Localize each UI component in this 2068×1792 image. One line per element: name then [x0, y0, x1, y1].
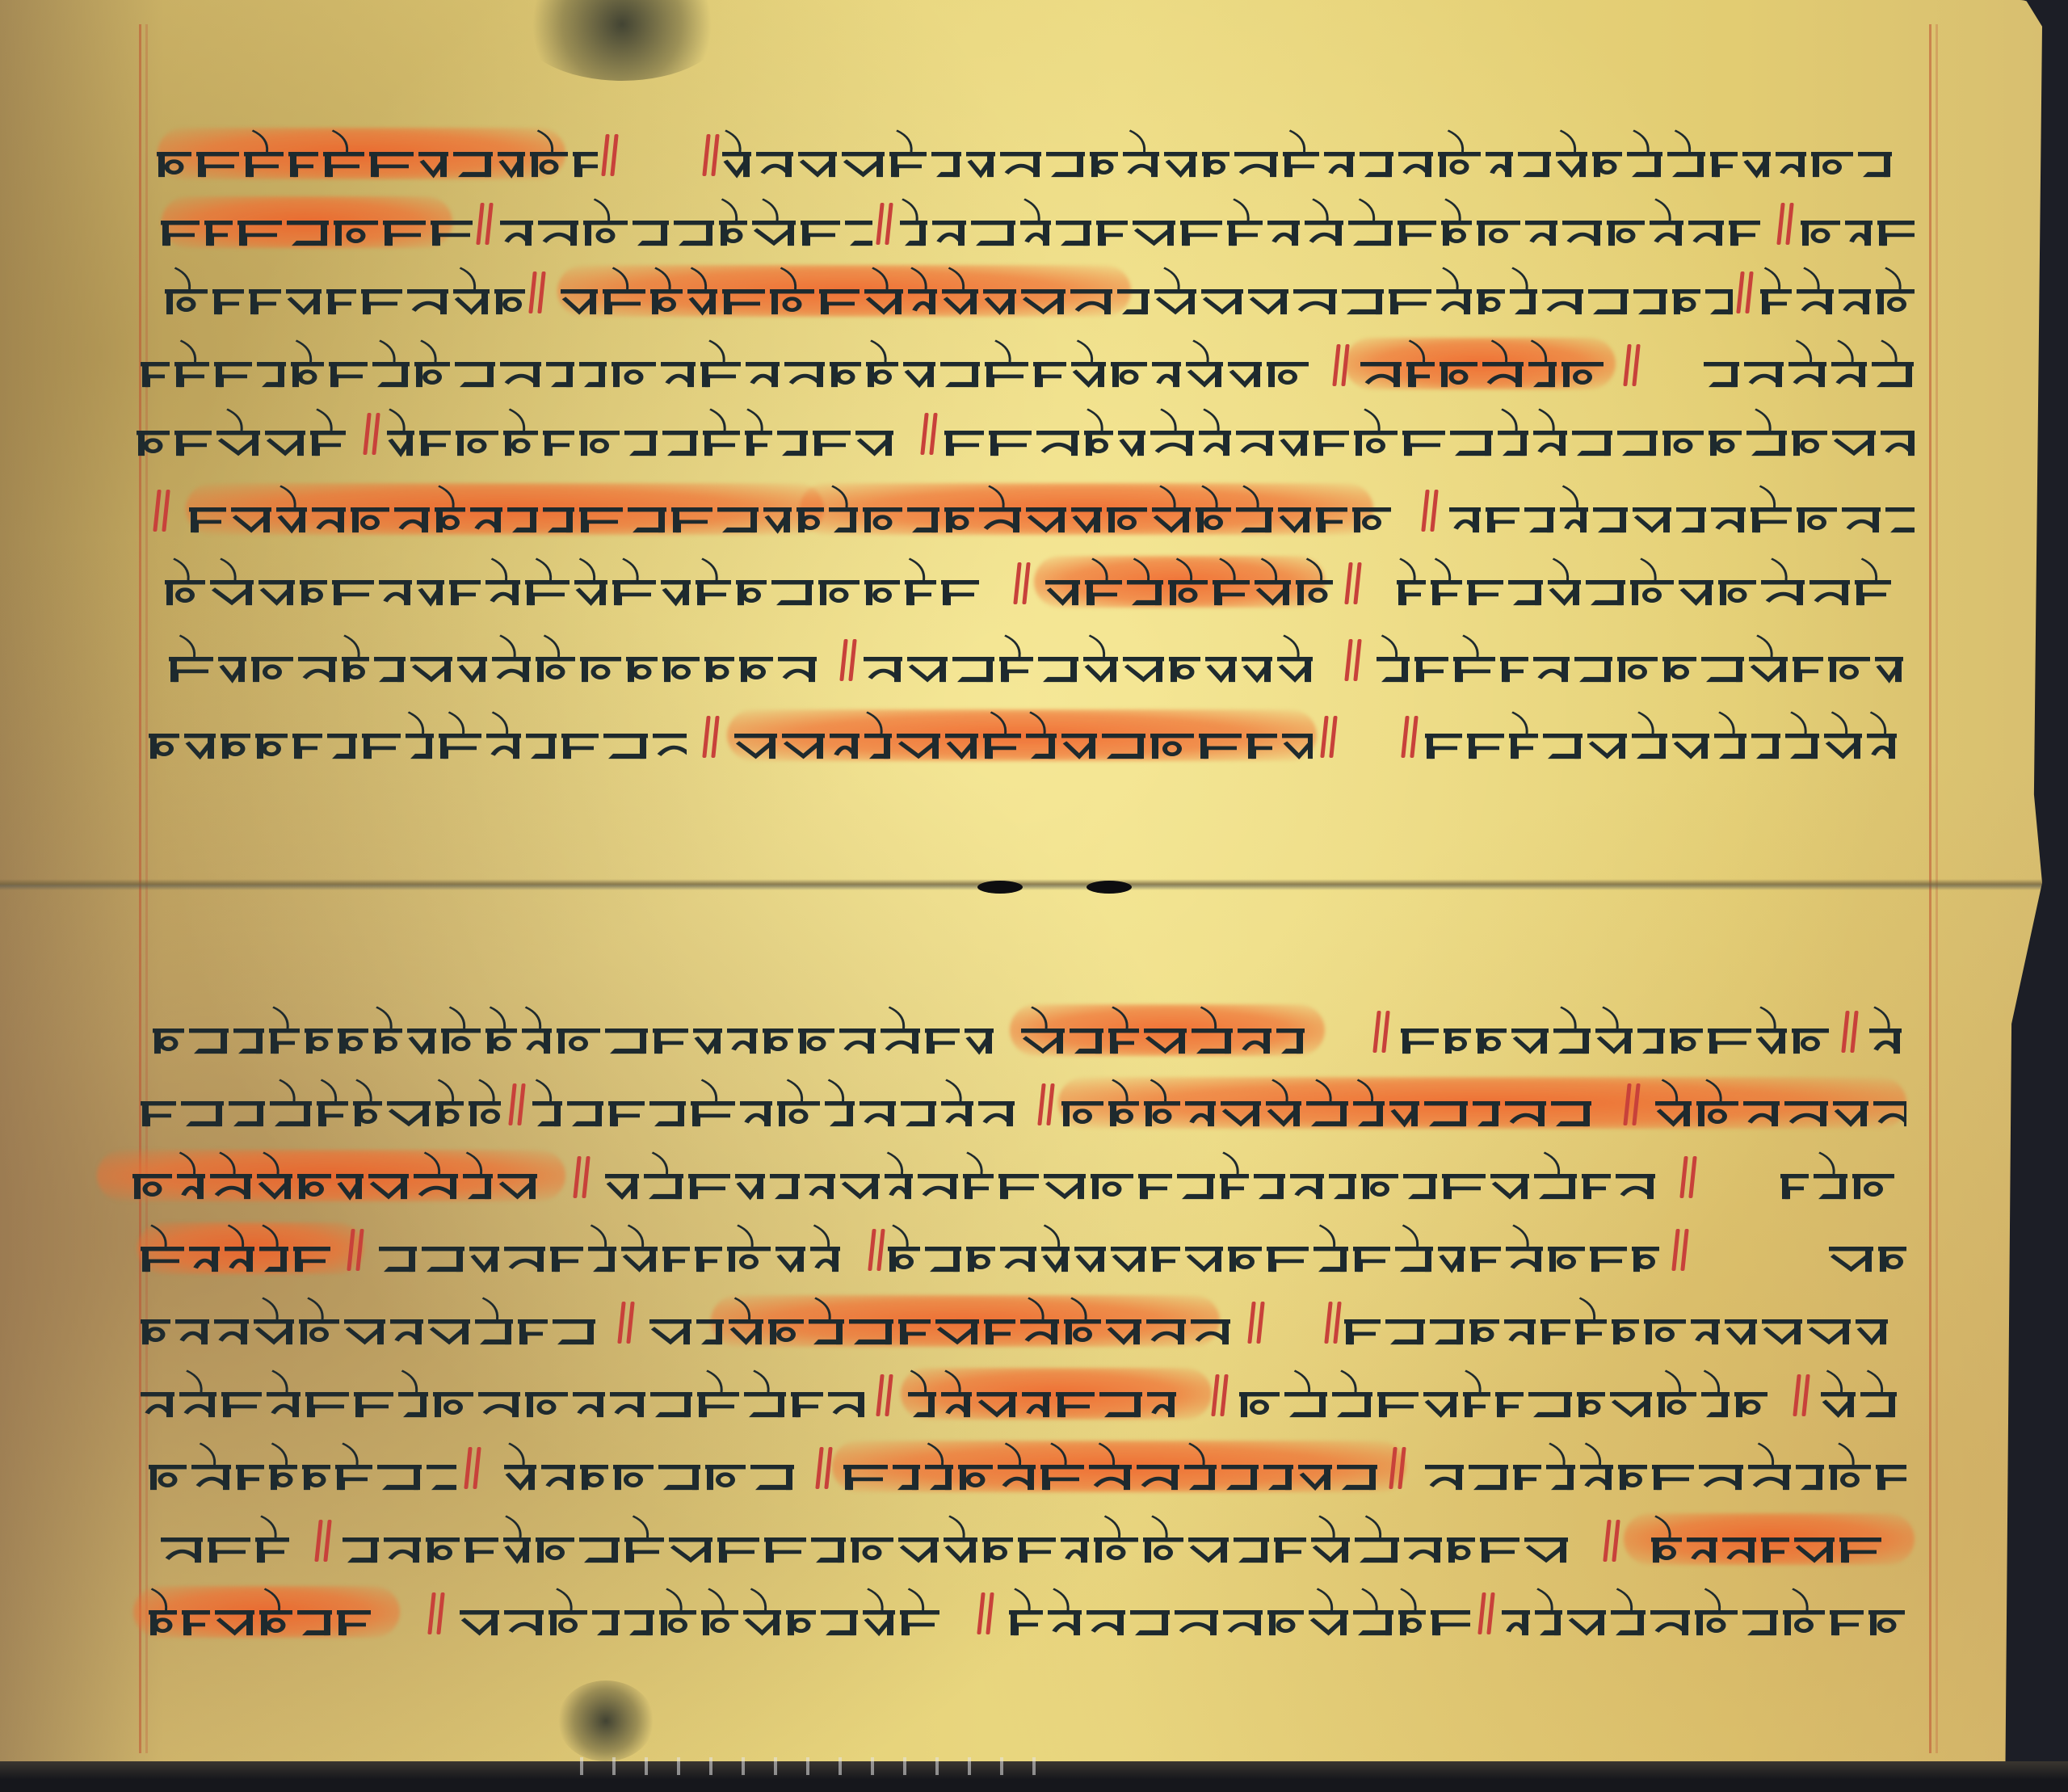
script-glyph-run [137, 339, 1329, 396]
top-line-9 [0, 711, 2042, 768]
script-glyph-run [529, 1079, 1030, 1135]
double-danda-mark [703, 716, 721, 761]
script-glyph-run [339, 1515, 1591, 1571]
top-line-5 [0, 408, 2042, 465]
script-glyph-run [186, 485, 1406, 541]
double-danda-mark [347, 1229, 365, 1274]
script-glyph-run [384, 408, 917, 465]
double-danda-mark [477, 203, 494, 248]
double-danda-mark [428, 1592, 446, 1638]
script-glyph-run [1777, 1151, 1906, 1208]
script-glyph-run [1826, 1224, 1906, 1281]
bottom-line-7 [0, 1442, 2042, 1499]
script-glyph-run [497, 198, 872, 254]
double-danda-mark [876, 1374, 894, 1420]
double-danda-mark [1680, 1156, 1698, 1201]
double-danda-mark [1345, 562, 1363, 608]
script-glyph-run [1700, 339, 1915, 396]
bottom-line-9 [0, 1588, 2042, 1644]
script-glyph-run [1498, 1588, 1906, 1644]
bottom-line-1 [0, 1006, 2042, 1062]
script-glyph-run [1393, 557, 1915, 614]
script-glyph-run [1422, 1442, 1906, 1499]
double-danda-mark [1248, 1302, 1266, 1347]
script-glyph-run [145, 1588, 388, 1644]
bottom-line-8 [0, 1515, 2042, 1571]
double-danda-mark [1212, 1374, 1229, 1420]
double-danda-mark [315, 1520, 333, 1565]
script-glyph-run [646, 1297, 1240, 1353]
script-glyph-run [1866, 1006, 1906, 1062]
script-glyph-run [456, 1588, 965, 1644]
double-danda-mark [1325, 1302, 1343, 1347]
script-glyph-run [149, 1006, 994, 1062]
script-glyph-run [941, 408, 1915, 465]
script-glyph-run [1042, 557, 1333, 614]
double-danda-mark [868, 1229, 886, 1274]
double-danda-mark [1345, 639, 1363, 684]
double-danda-mark [1624, 1083, 1641, 1129]
script-glyph-run [1652, 1079, 1906, 1135]
double-danda-mark [574, 1156, 591, 1201]
top-line-8 [0, 634, 2042, 691]
script-glyph-run [1341, 1297, 1906, 1353]
double-danda-mark [703, 134, 721, 179]
script-glyph-run [1422, 711, 1915, 768]
double-danda-mark [1373, 1011, 1391, 1056]
script-glyph-run [145, 1442, 456, 1499]
script-glyph-run [719, 129, 1915, 186]
script-glyph-run [1373, 634, 1915, 691]
top-line-6 [0, 485, 2042, 541]
script-glyph-run [557, 267, 1733, 323]
double-danda-mark [364, 413, 381, 458]
script-glyph-run [840, 1442, 1381, 1499]
script-glyph-run [129, 1151, 565, 1208]
double-danda-mark [1333, 344, 1351, 389]
top-line-4 [0, 339, 2042, 396]
script-glyph-run [137, 1297, 606, 1353]
script-glyph-run [885, 1224, 1664, 1281]
script-glyph-run [1058, 1079, 1616, 1135]
top-line-1 [0, 129, 2042, 186]
double-danda-mark [1604, 1520, 1621, 1565]
double-danda-mark [1321, 716, 1339, 761]
double-danda-mark [1672, 1229, 1690, 1274]
script-glyph-run [731, 711, 1313, 768]
double-danda-mark [1402, 716, 1419, 761]
bottom-line-6 [0, 1369, 2042, 1426]
double-danda-mark [1389, 1447, 1407, 1492]
double-danda-mark [921, 413, 939, 458]
script-glyph-run [376, 1224, 856, 1281]
binding-hole-left [977, 881, 1023, 894]
script-glyph-run [166, 634, 832, 691]
script-glyph-run [133, 408, 359, 465]
script-glyph-run [1236, 1369, 1785, 1426]
script-glyph-run [1818, 1369, 1906, 1426]
script-glyph-run [137, 1079, 501, 1135]
double-danda-mark [840, 639, 858, 684]
script-glyph-run [1757, 267, 1915, 323]
script-glyph-run [1446, 485, 1915, 541]
ink-stain-top [517, 0, 727, 81]
ink-stain-bottom [557, 1681, 654, 1761]
script-glyph-run [1357, 339, 1616, 396]
bottom-line-5 [0, 1297, 2042, 1353]
script-glyph-run [162, 267, 525, 323]
double-danda-mark [602, 134, 620, 179]
script-glyph-run [1398, 1006, 1834, 1062]
double-danda-mark [529, 271, 547, 317]
script-glyph-run [501, 1442, 808, 1499]
script-glyph-run [153, 129, 598, 186]
manuscript-leaf [0, 0, 2042, 1765]
double-danda-mark [1737, 271, 1755, 317]
double-danda-mark [816, 1447, 834, 1492]
double-danda-mark [618, 1302, 636, 1347]
script-glyph-run [137, 1224, 339, 1281]
double-danda-mark [876, 203, 894, 248]
top-line-3 [0, 267, 2042, 323]
double-danda-mark [977, 1592, 995, 1638]
script-glyph-run [162, 557, 1002, 614]
script-glyph-run [158, 198, 473, 254]
script-glyph-run [897, 198, 1773, 254]
double-danda-mark [1422, 490, 1440, 535]
top-line-2 [0, 198, 2042, 254]
bottom-line-4 [0, 1224, 2042, 1281]
script-glyph-run [1648, 1515, 1906, 1571]
double-danda-mark [1014, 562, 1032, 608]
double-danda-mark [1478, 1592, 1496, 1638]
binding-hole-right [1087, 881, 1132, 894]
double-danda-mark [1624, 344, 1641, 389]
binding-glint [565, 1757, 1050, 1775]
double-danda-mark [1038, 1083, 1056, 1129]
script-glyph-run [137, 1369, 864, 1426]
script-glyph-run [1018, 1006, 1325, 1062]
double-danda-mark [464, 1447, 482, 1492]
bottom-line-3 [0, 1151, 2042, 1208]
script-glyph-run [602, 1151, 1672, 1208]
script-glyph-run [1006, 1588, 1470, 1644]
double-danda-mark [1793, 1374, 1811, 1420]
script-glyph-run [905, 1369, 1204, 1426]
double-danda-mark [1842, 1011, 1860, 1056]
double-danda-mark [153, 490, 171, 535]
script-glyph-run [158, 1515, 299, 1571]
script-glyph-run [145, 711, 687, 768]
bottom-line-2 [0, 1079, 2042, 1135]
double-danda-mark [509, 1083, 527, 1129]
top-line-7 [0, 557, 2042, 614]
double-danda-mark [1777, 203, 1795, 248]
script-glyph-run [1797, 198, 1915, 254]
script-glyph-run [860, 634, 1337, 691]
